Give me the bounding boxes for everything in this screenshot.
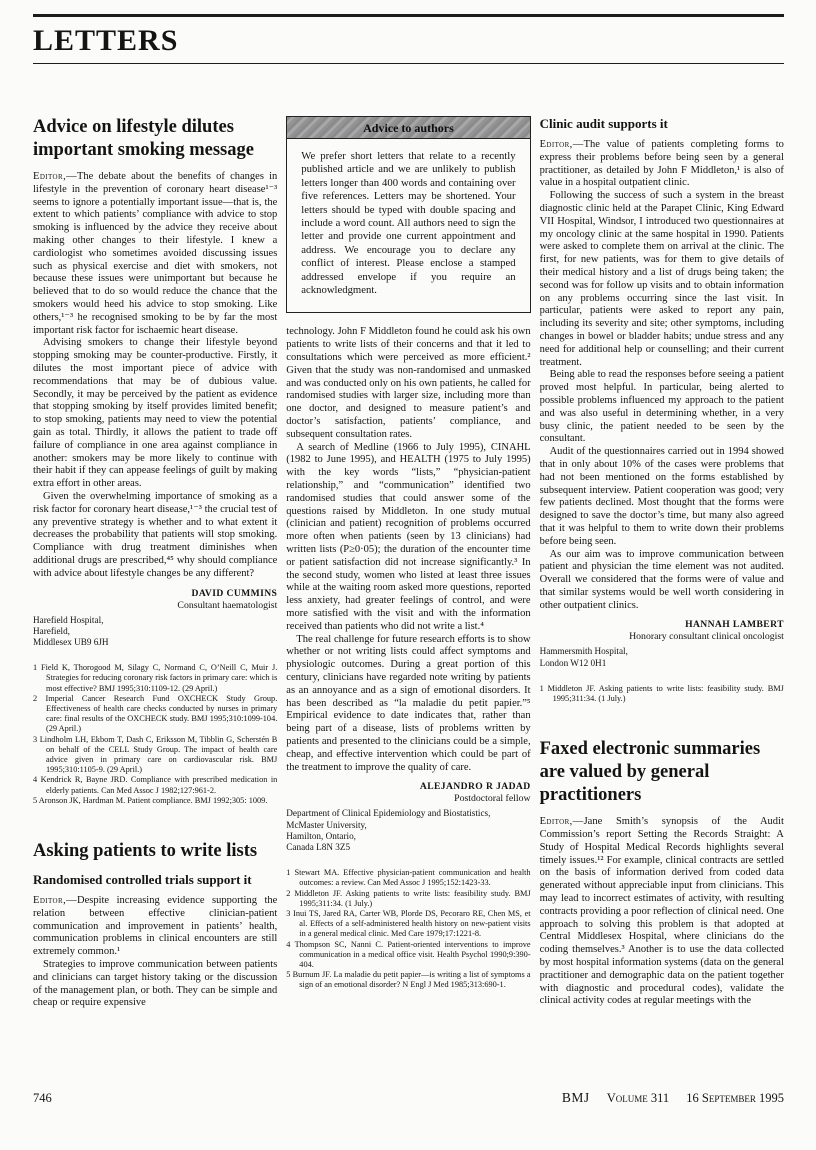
signature-name: ALEJANDRO R JADAD (286, 781, 530, 793)
address-block: Harefield Hospital, Harefield, Middlesex… (33, 615, 277, 649)
address-line: Middlesex UB9 6JH (33, 637, 277, 648)
paragraph: Strategies to improve communication betw… (33, 959, 277, 1010)
paragraph: Being able to read the responses before … (540, 369, 784, 446)
letter2-title: Asking patients to write lists (33, 840, 277, 863)
advice-to-authors-box: Advice to authors We prefer short letter… (286, 116, 530, 313)
section-title: LETTERS (33, 23, 784, 59)
journal-page: LETTERS Advice on lifestyle dilutes impo… (0, 0, 816, 1150)
address-block: Hammersmith Hospital, London W12 0H1 (540, 646, 784, 668)
letter2-subtitle: Randomised controlled trials support it (33, 872, 277, 888)
signature-name: DAVID CUMMINS (33, 588, 277, 600)
paragraph-text: Jane Smith’s synopsis of the Audit Commi… (540, 816, 784, 1006)
reference-list: 1 Middleton JF. Asking patients to write… (540, 684, 784, 704)
paragraph: As our aim was to improve communication … (540, 549, 784, 613)
page-header: LETTERS (33, 14, 784, 64)
address-block: Department of Clinical Epidemiology and … (286, 808, 530, 853)
reference-item: 4 Thompson SC, Nanni C. Patient-oriented… (286, 940, 530, 971)
page-footer: 746 BMJ Volume 311 16 September 1995 (33, 1090, 784, 1106)
reference-item: 5 Burnum JF. La maladie du petit papier—… (286, 970, 530, 990)
paragraph: A search of Medline (1966 to July 1995),… (286, 442, 530, 634)
signature-name: HANNAH LAMBERT (540, 619, 784, 631)
advice-box-title: Advice to authors (287, 117, 529, 139)
reference-list: 1 Stewart MA. Effective physician-patien… (286, 868, 530, 990)
journal-date: 16 September 1995 (686, 1091, 784, 1105)
column-right: Clinic audit supports it Editor,—The val… (540, 116, 784, 1010)
reference-item: 1 Stewart MA. Effective physician-patien… (286, 868, 530, 888)
reference-item: 2 Imperial Cancer Research Fund OXCHECK … (33, 694, 277, 735)
advice-box-body: We prefer short letters that relate to a… (287, 139, 529, 312)
reference-list: 1 Field K, Thorogood M, Silagy C, Norman… (33, 663, 277, 806)
journal-citation: BMJ Volume 311 16 September 1995 (548, 1090, 784, 1106)
reference-item: 5 Aronson JK, Hardman M. Patient complia… (33, 796, 277, 806)
address-line: Canada L8N 3Z5 (286, 842, 530, 853)
signature-block: ALEJANDRO R JADAD Postdoctoral fellow (286, 781, 530, 805)
paragraph: Editor,—The debate about the benefits of… (33, 171, 277, 337)
paragraph: Editor,—The value of patients completing… (540, 139, 784, 190)
paragraph: Given the overwhelming importance of smo… (33, 491, 277, 581)
editor-lead: Editor,— (33, 171, 77, 182)
editor-lead: Editor,— (540, 139, 584, 150)
signature-role: Consultant haematologist (33, 600, 277, 612)
paragraph: Audit of the questionnaires carried out … (540, 446, 784, 548)
letter2b-subtitle: Clinic audit supports it (540, 116, 784, 132)
address-line: Department of Clinical Epidemiology and … (286, 808, 530, 819)
reference-item: 1 Middleton JF. Asking patients to write… (540, 684, 784, 704)
address-line: Harefield Hospital, (33, 615, 277, 626)
reference-item: 3 Inui TS, Jared RA, Carter WB, Plorde D… (286, 909, 530, 940)
editor-lead: Editor,— (540, 816, 584, 827)
letters-columns: Advice on lifestyle dilutes important sm… (33, 116, 784, 1010)
paragraph: Editor,—Jane Smith’s synopsis of the Aud… (540, 816, 784, 1008)
address-line: London W12 0H1 (540, 658, 784, 669)
address-line: Harefield, (33, 626, 277, 637)
paragraph: technology. John F Middleton found he co… (286, 326, 530, 441)
paragraph-text: The debate about the benefits of changes… (33, 171, 277, 336)
letter3-title: Faxed electronic summaries are valued by… (540, 738, 784, 807)
reference-item: 3 Lindholm LH, Ekbom T, Dash C, Eriksson… (33, 735, 277, 776)
top-rule (33, 14, 784, 17)
signature-block: DAVID CUMMINS Consultant haematologist (33, 588, 277, 612)
reference-item: 1 Field K, Thorogood M, Silagy C, Norman… (33, 663, 277, 694)
page-number: 746 (33, 1091, 52, 1106)
journal-name: BMJ (562, 1090, 590, 1105)
reference-item: 4 Kendrick R, Bayne JRD. Compliance with… (33, 775, 277, 795)
signature-role: Honorary consultant clinical oncologist (540, 631, 784, 643)
letter1-title: Advice on lifestyle dilutes important sm… (33, 116, 277, 162)
address-line: Hamilton, Ontario, (286, 831, 530, 842)
paragraph: Editor,—Despite increasing evidence supp… (33, 895, 277, 959)
paragraph: The real challenge for future research e… (286, 634, 530, 775)
address-line: Hammersmith Hospital, (540, 646, 784, 657)
signature-block: HANNAH LAMBERT Honorary consultant clini… (540, 619, 784, 643)
header-bottom-rule (33, 63, 784, 64)
column-left: Advice on lifestyle dilutes important sm… (33, 116, 277, 1010)
column-middle: Advice to authors We prefer short letter… (286, 116, 530, 1010)
journal-volume: Volume 311 (607, 1091, 669, 1105)
address-line: McMaster University, (286, 820, 530, 831)
reference-item: 2 Middleton JF. Asking patients to write… (286, 889, 530, 909)
paragraph: Advising smokers to change their lifesty… (33, 337, 277, 491)
paragraph: Following the success of such a system i… (540, 190, 784, 369)
editor-lead: Editor,— (33, 895, 77, 906)
signature-role: Postdoctoral fellow (286, 793, 530, 805)
